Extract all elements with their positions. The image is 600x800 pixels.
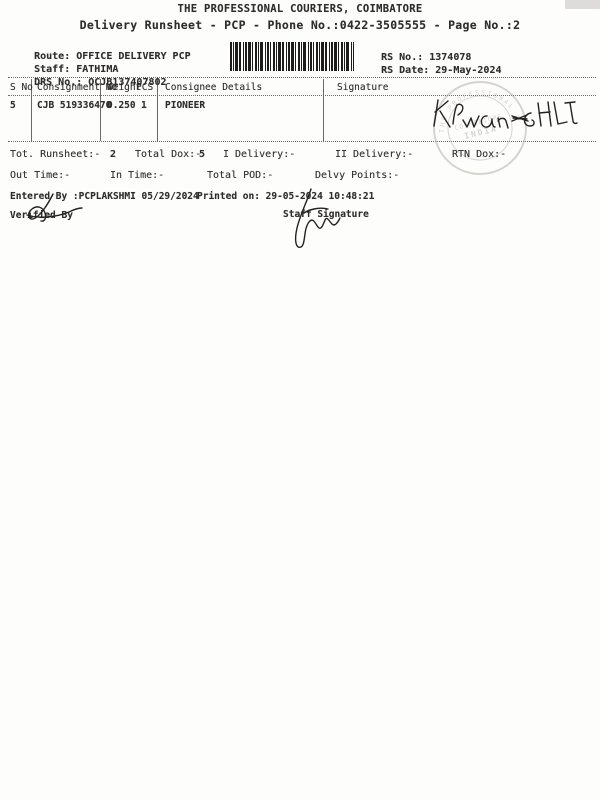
runsheet-title: Delivery Runsheet - PCP - Phone No.:0422… [0,19,600,32]
staff-signature-scribble [280,183,350,253]
tot-runsheet-label: Tot. Runsheet:- [10,149,100,160]
in-time-label: In Time:- [110,170,164,181]
tot-runsheet-value: 2 [110,149,116,160]
rs-date-value: 29-May-2024 [435,65,501,76]
delvy-points-label: Delvy Points:- [315,170,399,181]
col-header-pcs: PCS [136,83,153,93]
company-name: THE PROFESSIONAL COURIERS, COIMBATORE [0,4,600,16]
recipient-signature [425,90,580,140]
cell-pcs: 1 [141,101,147,111]
i-delivery-label: I Delivery:- [223,149,295,160]
total-dox-label: Total Dox:- [135,149,201,160]
ii-delivery-label: II Delivery:- [335,149,413,160]
col-header-consignee-details: Consignee Details [165,83,262,93]
total-dox-value: 5 [199,149,205,160]
total-pod-label: Total POD:- [207,170,273,181]
cell-s-no: 5 [10,101,16,111]
cell-consignment-no: CJB 519336470 [37,101,111,111]
cell-consignee: PIONEER [165,101,205,111]
table-column-line [323,79,324,141]
col-header-consignment-no: Consignment No [37,83,117,93]
verified-by-signature [15,188,115,228]
barcode [229,42,355,71]
runsheet-document: THE PROFESSIONAL COURIERS, COIMBATORE De… [0,0,600,800]
rtn-dox-label: RTN Dox:- [452,149,506,160]
col-header-signature: Signature [337,83,388,93]
col-header-s-no: S No [10,83,33,93]
out-time-label: Out Time:- [10,170,70,181]
cell-weight: 0.250 [107,101,136,111]
rs-date-label: RS Date: [381,65,429,76]
